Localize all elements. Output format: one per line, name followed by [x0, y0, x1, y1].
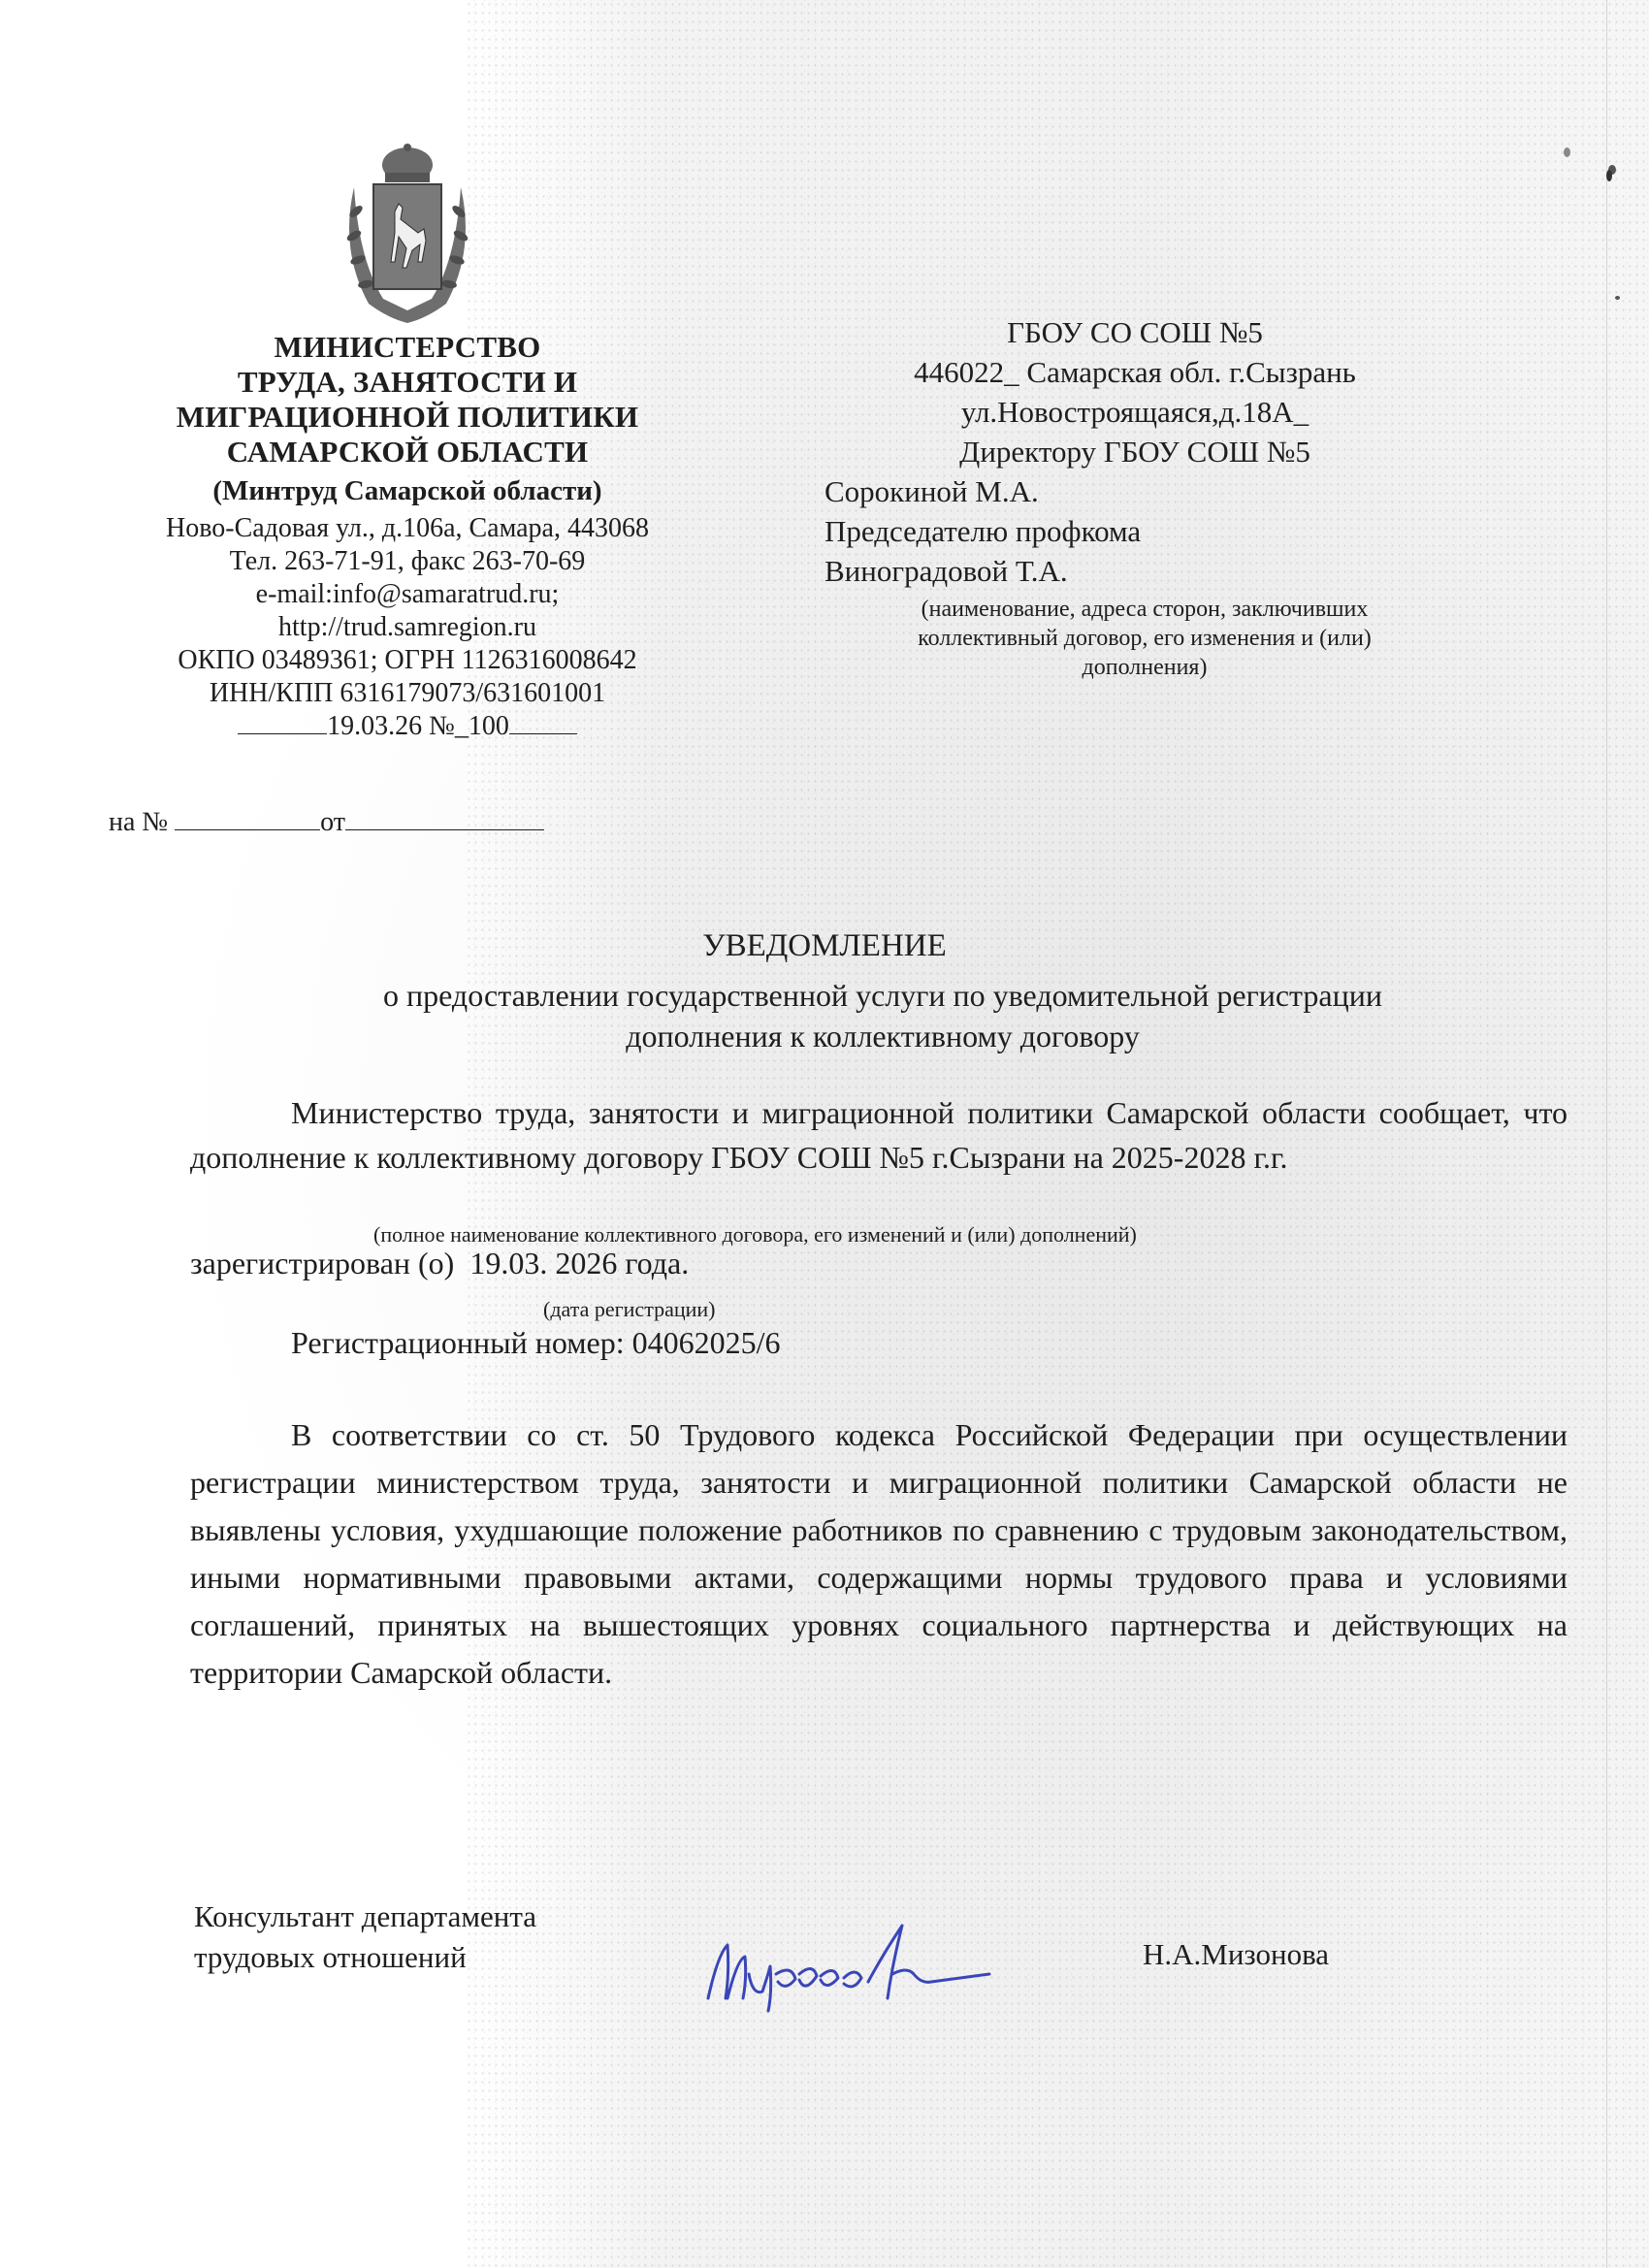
reference-from-label: от: [320, 807, 345, 837]
document-title: УВЕДОМЛЕНИЕ: [0, 926, 1649, 965]
date-caption: (дата регистрации): [543, 1297, 715, 1322]
ministry-inn-kpp: ИНН/КПП 6316179073/631601001: [97, 677, 718, 710]
reg-number-value: 04062025/6: [632, 1325, 781, 1360]
ministry-title: МИНИСТЕРСТВО ТРУДА, ЗАНЯТОСТИ И МИГРАЦИО…: [97, 330, 718, 470]
ministry-phone: Тел. 263-71-91, факс 263-70-69: [97, 545, 718, 578]
handwritten-signature: [698, 1906, 1028, 2013]
ministry-title-line: МИНИСТЕРСТВО: [97, 330, 718, 365]
signatory-role: Консультант департамента трудовых отноше…: [194, 1896, 536, 1978]
scan-speck: [1615, 296, 1620, 300]
addressee-address-line2: ул.Новостроящаяся,д.18А_: [824, 392, 1445, 432]
scan-edge-line: [1606, 0, 1607, 2268]
addressee-caption: (наименование, адреса сторон, заключивши…: [824, 595, 1445, 682]
reference-no-label: на №: [109, 807, 168, 837]
ministry-contacts: Ново-Садовая ул., д.106а, Самара, 443068…: [97, 512, 718, 743]
underline: [509, 712, 577, 734]
registration-number-line: Регистрационный номер: 04062025/6: [291, 1325, 780, 1361]
ministry-email: e-mail:info@samaratrud.ru;: [97, 578, 718, 611]
signatory-role-line: Консультант департамента: [194, 1896, 536, 1937]
addressee-block: ГБОУ СО СОШ №5 446022_ Самарская обл. г.…: [824, 312, 1445, 682]
ministry-short-name: (Минтруд Самарской области): [97, 473, 718, 508]
addressee-union-name: Виноградовой Т.А.: [824, 551, 1445, 591]
reference-date-blank: [345, 808, 544, 830]
document-subtitle: о предоставлении государственной услуги …: [233, 975, 1533, 1056]
outgoing-number-value: 100: [469, 711, 509, 741]
body-paragraph-1: Министерство труда, занятости и миграцио…: [190, 1090, 1568, 1180]
sender-block: МИНИСТЕРСТВО ТРУДА, ЗАНЯТОСТИ И МИГРАЦИО…: [97, 330, 718, 743]
signatory-role-line: трудовых отношений: [194, 1937, 536, 1978]
caption-line: (наименование, адреса сторон, заключивши…: [844, 595, 1445, 624]
addressee-org: ГБОУ СО СОШ №5: [824, 312, 1445, 352]
ministry-title-line: САМАРСКОЙ ОБЛАСТИ: [97, 435, 718, 470]
registration-line: зарегистрирован (о) 19.03. 2026 года.: [190, 1246, 689, 1281]
caption-line: дополнения): [844, 653, 1445, 682]
body-paragraph-2: В соответствии со ст. 50 Трудового кодек…: [190, 1411, 1568, 1697]
coat-of-arms-icon: [335, 144, 480, 328]
scan-speck: [1606, 170, 1612, 181]
ministry-address: Ново-Садовая ул., д.106а, Самара, 443068: [97, 512, 718, 545]
addressee-director-title: Директору ГБОУ СОШ №5: [824, 432, 1445, 471]
ministry-title-line: МИГРАЦИОННОЙ ПОЛИТИКИ: [97, 400, 718, 435]
signatory-name: Н.А.Мизонова: [1143, 1937, 1329, 1972]
addressee-director-name: Сорокиной М.А.: [824, 471, 1445, 511]
reg-number-label: Регистрационный номер:: [291, 1325, 625, 1360]
outgoing-date: 19.03.26: [327, 711, 422, 741]
registered-label: зарегистрирован (о): [190, 1246, 454, 1280]
ministry-title-line: ТРУДА, ЗАНЯТОСТИ И: [97, 365, 718, 400]
agreement-caption: (полное наименование коллективного догов…: [373, 1222, 1137, 1247]
subtitle-line: о предоставлении государственной услуги …: [233, 975, 1533, 1016]
addressee-address-line1: 446022_ Самарская обл. г.Сызрань: [824, 352, 1445, 392]
addressee-union-title: Председателю профкома: [824, 511, 1445, 551]
scan-speck: [1564, 147, 1570, 157]
number-prefix: №_: [429, 711, 469, 741]
subtitle-line: дополнения к коллективному договору: [233, 1016, 1533, 1056]
reference-line: на № от: [109, 807, 544, 838]
caption-line: коллективный договор, его изменения и (и…: [844, 624, 1445, 653]
underline: [238, 712, 327, 734]
outgoing-number: 19.03.26 №_100: [97, 710, 718, 743]
ministry-website: http://trud.samregion.ru: [97, 611, 718, 644]
ministry-okpo-ogrn: ОКПО 03489361; ОГРН 1126316008642: [97, 644, 718, 677]
reference-no-blank: [175, 808, 320, 830]
registered-date: 19.03. 2026 года.: [469, 1246, 689, 1280]
